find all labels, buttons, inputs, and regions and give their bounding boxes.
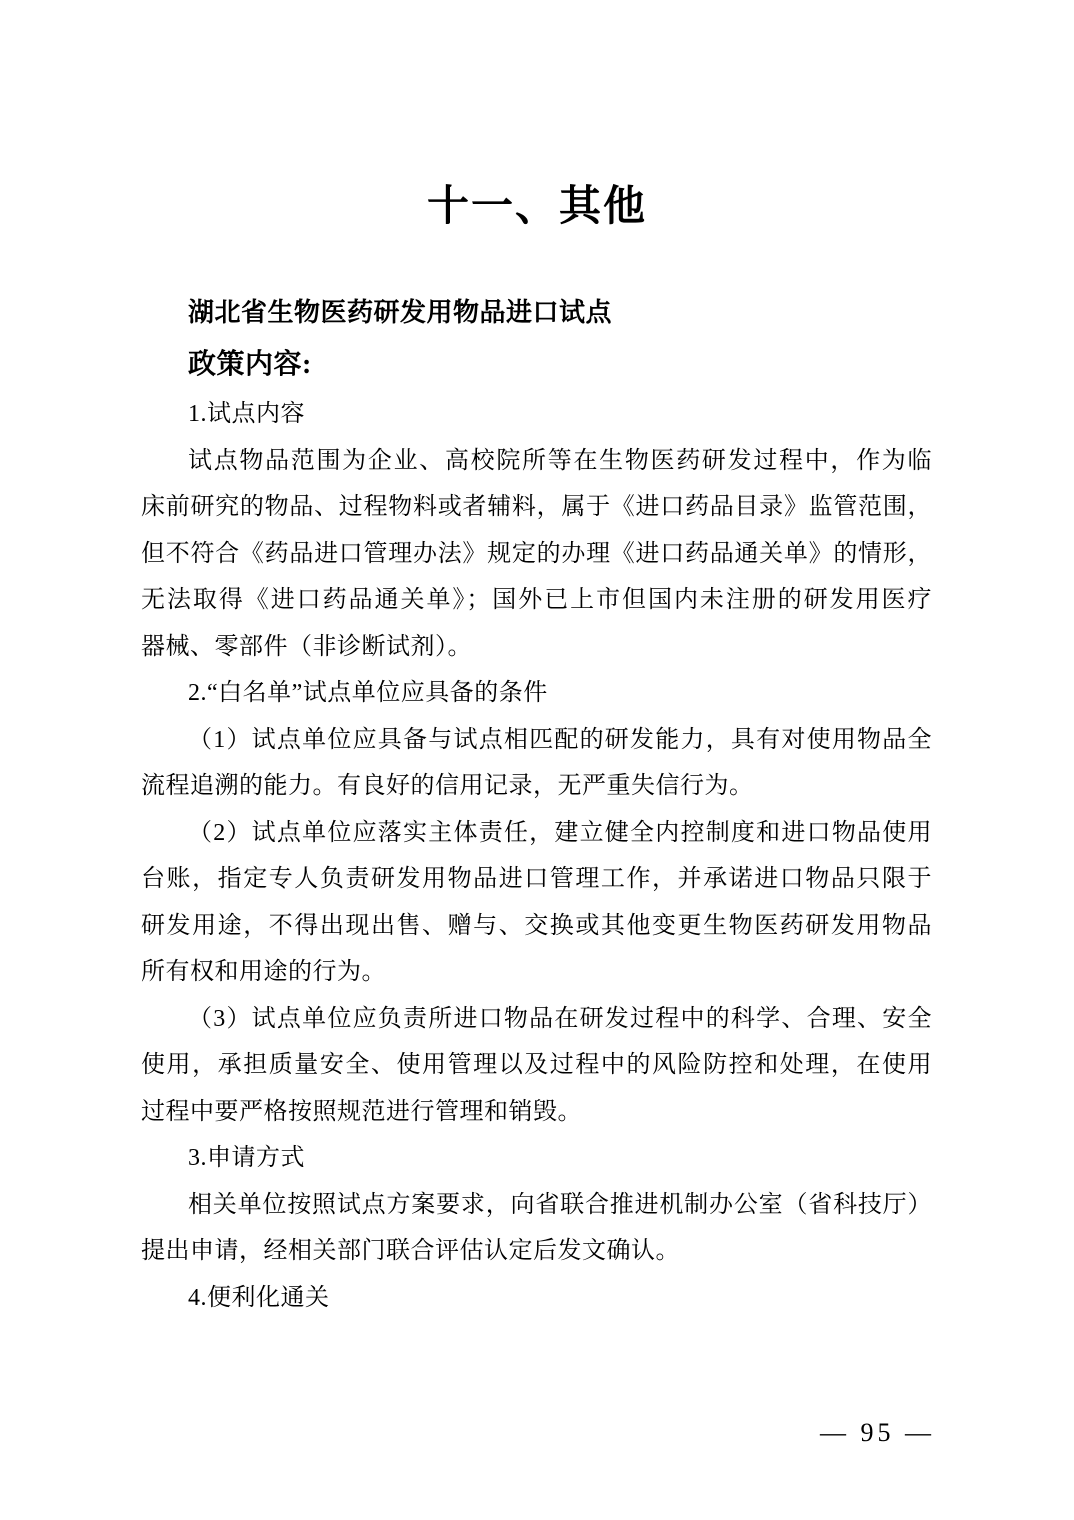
line-item-2-heading: 2.“白名单”试点单位应具备的条件 <box>141 670 932 717</box>
text-line: 流程追溯的能力。有良好的信用记录，无严重失信行为。 <box>141 763 932 810</box>
line-item-4-heading: 4.便利化通关 <box>141 1275 932 1322</box>
text-line: 台账，指定专人负责研发用物品进口管理工作，并承诺进口物品只限于 <box>141 856 932 903</box>
line-subtitle: 湖北省生物医药研发用物品进口试点 <box>141 288 932 338</box>
document-body: 湖北省生物医药研发用物品进口试点 政策内容: 1.试点内容 试点物品范围为企业、… <box>0 288 1074 1321</box>
line-policy-content-label: 政策内容: <box>141 338 932 391</box>
text-line: （2）试点单位应落实主体责任，建立健全内控制度和进口物品使用 <box>141 810 932 857</box>
text-line: 床前研究的物品、过程物料或者辅料，属于《进口药品目录》监管范围， <box>141 484 932 531</box>
text-line: 过程中要严格按照规范进行管理和销毁。 <box>141 1089 932 1136</box>
line-item-3-heading: 3.申请方式 <box>141 1135 932 1182</box>
text-line: （3）试点单位应负责所进口物品在研发过程中的科学、合理、安全 <box>141 996 932 1043</box>
text-line: 提出申请，经相关部门联合评估认定后发文确认。 <box>141 1228 932 1275</box>
document-page: 十一、其他 湖北省生物医药研发用物品进口试点 政策内容: 1.试点内容 试点物品… <box>0 0 1074 1520</box>
page-number: — 95 — <box>820 1418 935 1448</box>
text-line: 但不符合《药品进口管理办法》规定的办理《进口药品通关单》的情形， <box>141 531 932 578</box>
text-line: 无法取得《进口药品通关单》；国外已上市但国内未注册的研发用医疗 <box>141 577 932 624</box>
text-line: 所有权和用途的行为。 <box>141 949 932 996</box>
page-title: 十一、其他 <box>0 181 1074 233</box>
text-line: 相关单位按照试点方案要求，向省联合推进机制办公室（省科技厅） <box>141 1182 932 1229</box>
text-line: 试点物品范围为企业、高校院所等在生物医药研发过程中，作为临 <box>141 438 932 485</box>
text-line: （1）试点单位应具备与试点相匹配的研发能力，具有对使用物品全 <box>141 717 932 764</box>
line-item-1-heading: 1.试点内容 <box>141 391 932 438</box>
text-line: 器械、零部件（非诊断试剂）。 <box>141 624 932 671</box>
text-line: 使用，承担质量安全、使用管理以及过程中的风险防控和处理，在使用 <box>141 1042 932 1089</box>
text-line: 研发用途，不得出现出售、赠与、交换或其他变更生物医药研发用物品 <box>141 903 932 950</box>
